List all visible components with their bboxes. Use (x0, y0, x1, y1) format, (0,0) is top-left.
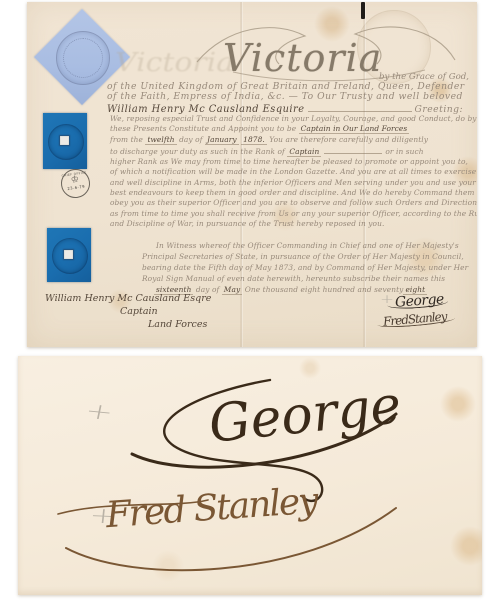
secretary-signature-small: FredStanley (383, 309, 447, 328)
witness-clause: In Witness whereof the Officer Commandin… (142, 240, 468, 295)
body-line: and Discipline of War, in pursuance of t… (110, 219, 477, 229)
photo-stage: CHIEF OFFICE ♔ 23-6-79 Victoria Victoria… (0, 0, 500, 600)
handwritten-fill: January (205, 135, 239, 145)
body-line: higher Rank as We may from time to time … (110, 157, 477, 167)
docket-service: Land Forces (148, 318, 211, 331)
handwritten-fill: Captain in Our Land Forces (299, 124, 410, 134)
handwritten-fill: Captain (287, 147, 321, 157)
witness-line: In Witness whereof the Officer Commandin… (142, 240, 468, 251)
secretary-signature-text: Fred Stanley (104, 480, 321, 536)
postmark-stamp: CHIEF OFFICE ♔ 23-6-79 (59, 167, 92, 200)
royal-title: Victoria (223, 36, 382, 80)
handwritten-fill: 1878. (241, 135, 267, 145)
handwritten-fill: May (222, 285, 242, 295)
secretary-signature-large: Fred Stanley (48, 452, 428, 592)
body-line: these Presents Constitute and Appoint yo… (110, 124, 477, 134)
preamble-line: of the Faith, Empress of India, &c. — To… (107, 92, 465, 102)
body-line: from the twelfth day of January 1878. Yo… (110, 135, 477, 145)
george-signature-small: George (395, 291, 445, 310)
wafer-seal (64, 250, 73, 259)
body-line: best endeavours to keep them in good ord… (110, 188, 477, 198)
witness-line: Royal Sign Manual of even date herewith,… (142, 273, 468, 284)
signature-card: + + George Fred Stanley (18, 356, 482, 595)
docket-block: William Henry Mc Causland Esqre Captain … (45, 292, 211, 331)
witness-line: Principal Secretaries of State, in pursu… (142, 251, 468, 262)
commission-document: CHIEF OFFICE ♔ 23-6-79 Victoria Victoria… (27, 2, 477, 347)
embossed-duty-seal (56, 31, 110, 85)
body-line: to discharge your duty as such in the Ra… (110, 145, 477, 157)
docket-rank: Captain (120, 305, 211, 318)
body-text: We, reposing especial Trust and Confiden… (110, 114, 477, 229)
body-line: We, reposing especial Trust and Confiden… (110, 114, 477, 124)
witness-line: bearing date the Fifth day of May 1873, … (142, 262, 468, 273)
body-line: of which a notification will be made in … (110, 167, 477, 177)
body-line: as from time to time you shall receive f… (110, 209, 477, 219)
blue-revenue-stamp-top (43, 113, 87, 169)
body-line: obey you as their superior Officer and y… (110, 198, 477, 208)
body-line: and well discipline in Arms, both the in… (110, 178, 477, 188)
handwritten-fill: twelfth (145, 135, 176, 145)
ruled-blank (308, 103, 412, 112)
pencil-cross-mark: + (83, 399, 116, 426)
wafer-seal (60, 136, 69, 145)
docket-name: William Henry Mc Causland Esqre (45, 292, 211, 305)
blue-revenue-stamp-bottom (47, 228, 91, 282)
ruled-blank (324, 145, 382, 154)
embossed-seal-inner-ring (63, 38, 103, 78)
preamble: of the United Kingdom of Great Britain a… (107, 82, 465, 115)
